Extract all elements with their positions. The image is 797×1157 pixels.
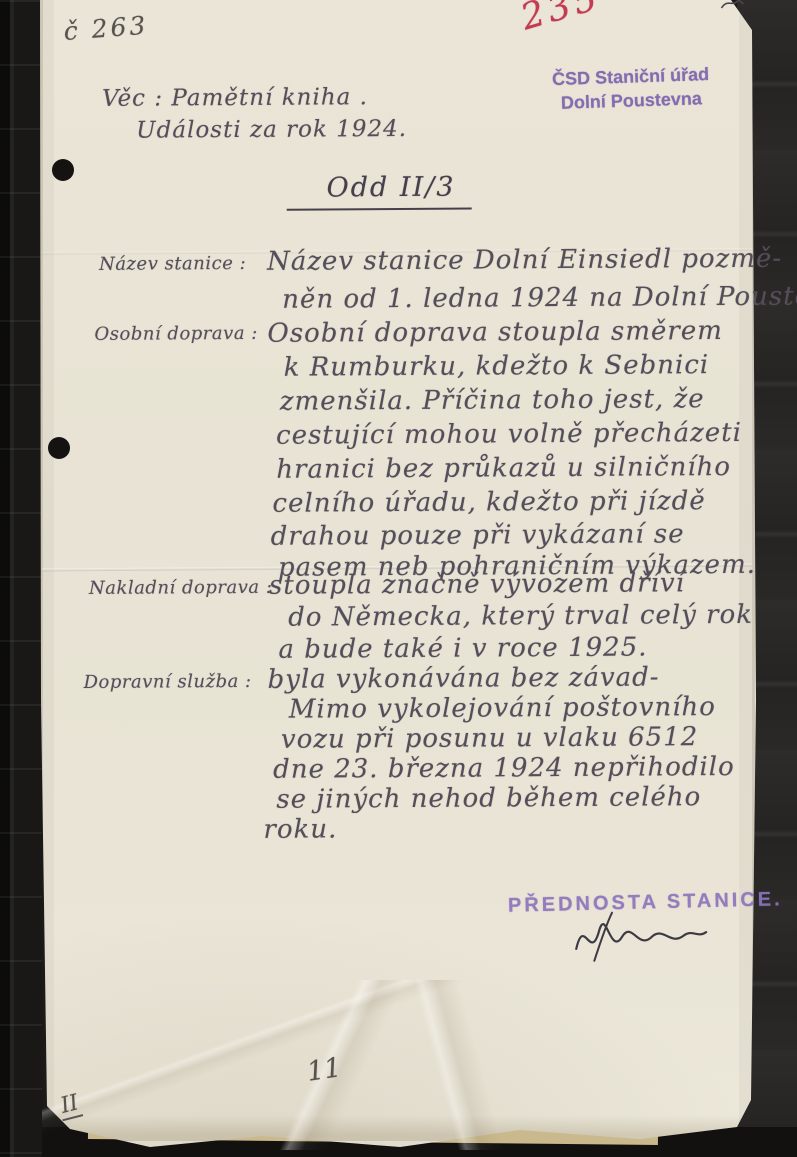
entry-line: Mimo vykolejování poštovního [289,692,716,725]
entry-line: roku. [263,814,337,844]
entry-line: cestující mohou volně přecházeti [276,418,742,451]
entry-line: a bude také i v roce 1925. [278,632,647,664]
entry-line: dne 23. března 1924 nepřihodilo [273,752,735,785]
archival-mark-pencil: II [56,1090,83,1121]
entry-label: Osobní doprava : [94,323,257,345]
folio-number-red: 235 [516,0,605,39]
ink-layer: č 263 235 ČSD Staniční úřad Dolní Pouste… [0,0,797,1157]
entry-line: celního úřadu, kdežto při jízdě [272,486,705,519]
entry-line: Osobní doprava stoupla směrem [267,316,723,349]
entry-line: drahou pouze při vykázaní se [271,519,685,552]
station-stamp-line2: Dolní Poustevna [541,86,722,116]
corner-pen-mark [719,0,745,10]
page-number-pencil: 11 [305,1052,343,1088]
ref-number-pencil: č 263 [63,11,150,46]
entry-line: se jiných nehod během celého [276,782,701,815]
section-heading: Odd II/3 [326,172,455,204]
signature-scribble [566,908,711,967]
entry-line: zmenšila. Příčina toho jest, že [280,384,705,417]
scanned-document: č 263 235 ČSD Staniční úřad Dolní Pouste… [0,0,797,1157]
entry-line: byla vykonávána bez závad- [267,662,659,694]
entry-line: hranici bez průkazů u silničního [276,452,731,485]
subject-line-1: Věc : Pamětní kniha . [102,84,368,112]
entry-line: vozu při posunu u vlaku 6512 [281,722,698,755]
entry-line: Název stanice Dolní Einsiedl pozmě- [267,244,782,277]
subject-line-2: Události za rok 1924. [136,116,407,144]
entry-line: do Německa, který trval celý rok [288,600,753,633]
entry-line: něn od 1. ledna 1924 na Dolní Poustevnu [282,281,797,315]
station-stamp: ČSD Staniční úřad Dolní Poustevna [540,62,721,116]
entry-label: Dopravní služba : [84,671,252,693]
entry-label: Nakladní doprava : [89,577,272,599]
entry-line: k Rumburku, kdežto k Sebnici [284,350,710,383]
entry-label: Název stanice : [99,253,246,275]
heading-underline [287,208,472,211]
entry-line: stoupla značně vývozem dříví [269,568,685,601]
